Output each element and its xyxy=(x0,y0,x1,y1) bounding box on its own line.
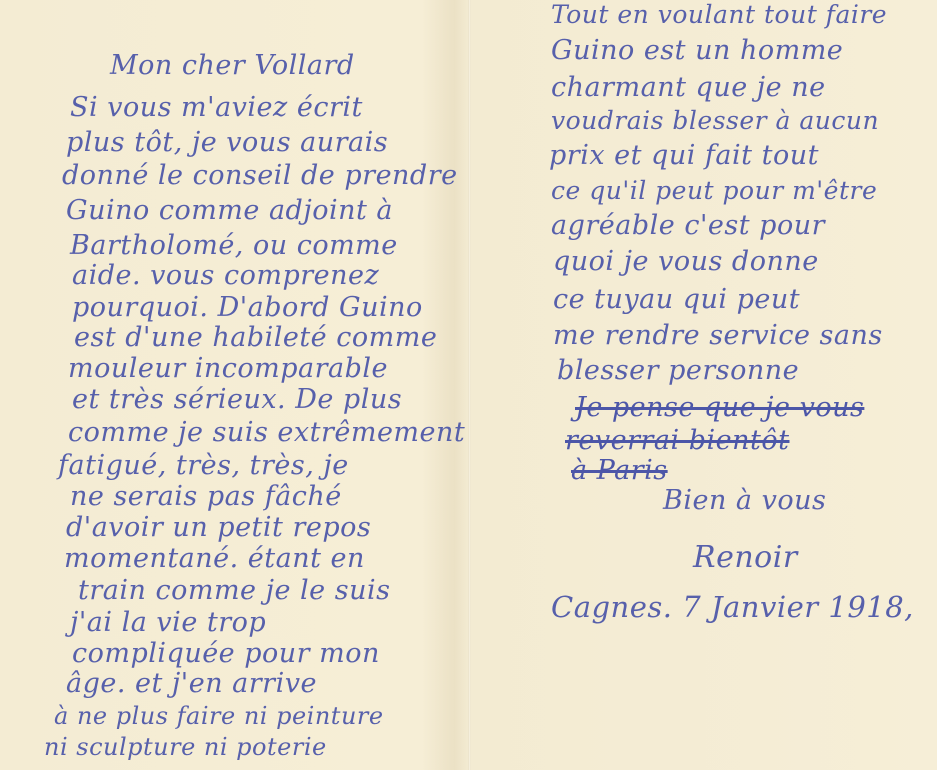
letter-line: agréable c'est pour xyxy=(551,210,825,241)
letter-line: fatigué, très, très, je xyxy=(58,450,349,481)
letter-line: comme je suis extrêmement xyxy=(68,417,465,448)
letter-line: plus tôt, je vous aurais xyxy=(66,127,388,158)
letter-line: Si vous m'aviez écrit xyxy=(70,92,363,123)
struck-line: à Paris xyxy=(571,455,668,486)
right-page: Tout en voulant tout faire Guino est un … xyxy=(471,0,937,770)
letter-line: j'ai la vie trop xyxy=(70,607,266,638)
letter-sheet: Mon cher Vollard Si vous m'aviez écrit p… xyxy=(0,0,937,770)
letter-line: donné le conseil de prendre xyxy=(62,160,458,191)
place-date: Cagnes. 7 Janvier 1918, xyxy=(551,590,914,624)
salutation: Mon cher Vollard xyxy=(110,50,355,81)
letter-line: aide. vous comprenez xyxy=(72,260,379,291)
letter-line: Guino comme adjoint à xyxy=(66,195,393,226)
letter-line: Guino est un homme xyxy=(551,35,843,66)
letter-line: Tout en voulant tout faire xyxy=(551,0,887,29)
letter-line: ce qu'il peut pour m'être xyxy=(551,176,877,205)
letter-line: Bartholomé, ou comme xyxy=(70,230,398,261)
letter-line: compliquée pour mon xyxy=(72,638,380,669)
letter-line: quoi je vous donne xyxy=(553,246,819,277)
letter-line: et très sérieux. De plus xyxy=(72,384,402,415)
letter-line: ne serais pas fâché xyxy=(70,481,342,512)
letter-line: ce tuyau qui peut xyxy=(553,284,800,315)
struck-line: Je pense que je vous xyxy=(575,392,864,423)
letter-line: me rendre service sans xyxy=(553,320,883,351)
signature: Renoir xyxy=(693,540,798,575)
letter-line: d'avoir un petit repos xyxy=(66,512,371,543)
letter-line: mouleur incomparable xyxy=(68,353,388,384)
letter-line: blesser personne xyxy=(557,355,799,386)
letter-line: à ne plus faire ni peinture xyxy=(54,702,384,730)
letter-line: prix et qui fait tout xyxy=(549,140,819,171)
letter-line: voudrais blesser à aucun xyxy=(551,106,879,135)
letter-line: pourquoi. D'abord Guino xyxy=(72,292,423,323)
letter-line: momentané. étant en xyxy=(64,543,365,574)
letter-line: ni sculpture ni poterie xyxy=(44,733,327,761)
closing: Bien à vous xyxy=(663,485,826,516)
letter-line: charmant que je ne xyxy=(551,72,826,103)
letter-line: est d'une habileté comme xyxy=(74,322,437,353)
letter-line: train comme je le suis xyxy=(78,575,390,606)
struck-line: reverrai bientôt xyxy=(565,425,790,456)
letter-line: âge. et j'en arrive xyxy=(66,668,317,699)
left-page: Mon cher Vollard Si vous m'aviez écrit p… xyxy=(0,0,468,770)
